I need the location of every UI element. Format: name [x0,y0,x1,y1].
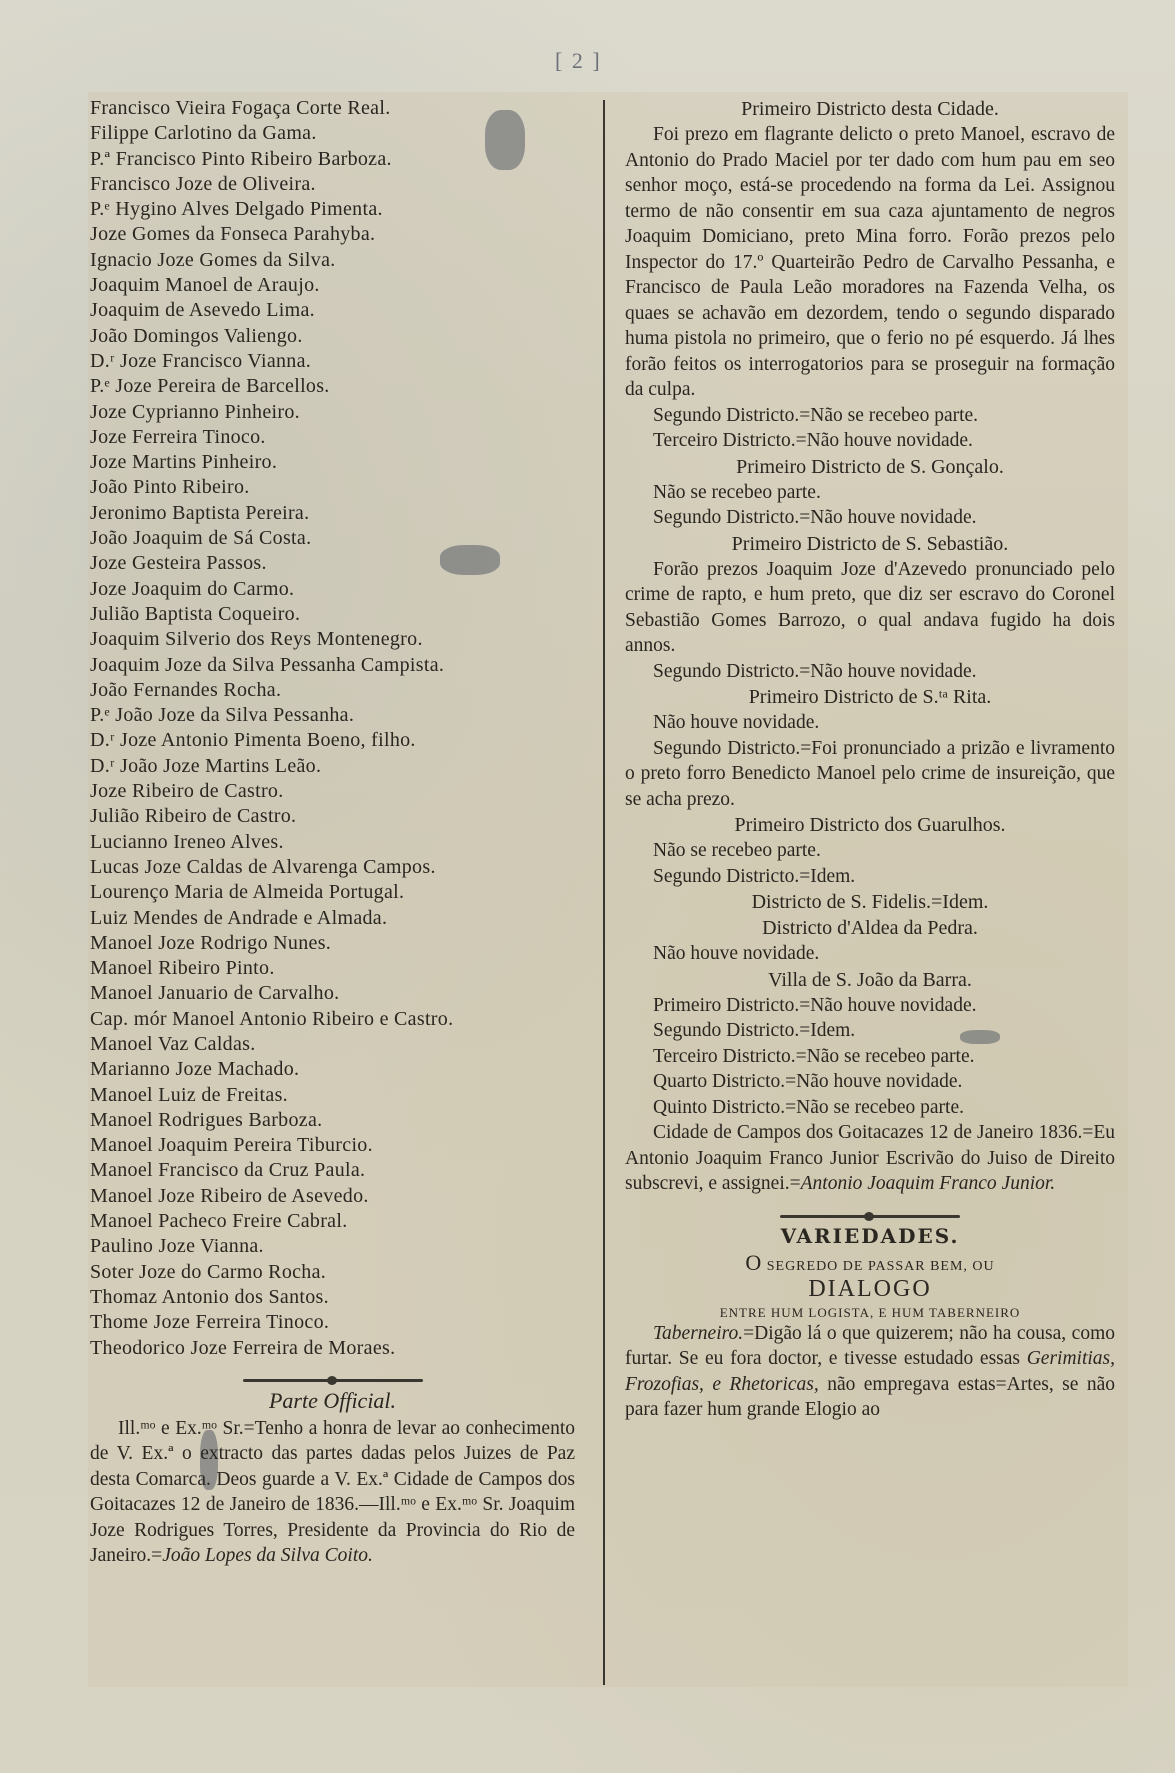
variedades-subtitle: O SEGREDO DE PASSAR BEM, OU [625,1250,1115,1276]
dialog-speaker: Taberneiro. [653,1323,743,1344]
name-list-item: João Joaquim de Sá Costa. [90,526,575,551]
district-entry: Segundo Districto.=Não se recebeo parte. [625,403,1115,429]
district-heading-sebastiao: Primeiro Districto de S. Sebastião. [625,531,1115,557]
name-list-item: Manoel Pacheco Freire Cabral. [90,1209,575,1234]
district-entry: Quinto Districto.=Não se recebeo parte. [625,1095,1115,1121]
name-list-item: Filippe Carlotino da Gama. [90,121,575,146]
name-list-item: Luiz Mendes de Andrade e Almada. [90,906,575,931]
district-entry: Segundo Districto.=Não houve novidade. [625,505,1115,531]
district-heading-fidelis: Districto de S. Fidelis.=Idem. [625,889,1115,915]
parte-official-heading: Parte Official. [90,1388,575,1414]
district-entry: Segundo Districto.=Não houve novidade. [625,659,1115,685]
name-list-item: Ignacio Joze Gomes da Silva. [90,248,575,273]
entries-barra: Primeiro Districto.=Não houve novidade.S… [625,993,1115,1121]
name-list-item: Marianno Joze Machado. [90,1057,575,1082]
name-list-item: Joze Ferreira Tinoco. [90,425,575,450]
dialog-text: Taberneiro.=Digão lá o que quizerem; não… [625,1321,1115,1423]
district-entry: Não se recebeo parte. [625,838,1115,864]
page-number: [ 2 ] [555,48,602,74]
entries-goncalo: Não se recebeo parte.Segundo Districto.=… [625,480,1115,531]
right-column: Primeiro Districto desta Cidade. Foi pre… [625,96,1115,1423]
name-list-item: Joaquim Silverio dos Reys Montenegro. [90,627,575,652]
district-entry: Não houve novidade. [625,710,1115,736]
left-column: Francisco Vieira Fogaça Corte Real.Filip… [90,96,575,1569]
name-list-item: Paulino Joze Vianna. [90,1234,575,1259]
name-list-item: Joze Ribeiro de Castro. [90,779,575,804]
variedades-title: VARIEDADES. [625,1224,1115,1248]
name-list-item: Thome Joze Ferreira Tinoco. [90,1310,575,1335]
entries-cidade: Segundo Districto.=Não se recebeo parte.… [625,403,1115,454]
entries-rita: Não houve novidade. [625,710,1115,736]
name-list-item: Joaquim Manoel de Araujo. [90,273,575,298]
name-list-item: Manoel Luiz de Freitas. [90,1083,575,1108]
entries-guarulhos: Não se recebeo parte.Segundo Districto.=… [625,838,1115,889]
district-entry: Não se recebeo parte. [625,480,1115,506]
name-list-item: Lucas Joze Caldas de Alvarenga Campos. [90,855,575,880]
district-entry: Segundo Districto.=Idem. [625,864,1115,890]
district-heading-guarulhos: Primeiro Districto dos Guarulhos. [625,812,1115,838]
district-entry: Terceiro Districto.=Não houve novidade. [625,428,1115,454]
name-list-item: Manoel Vaz Caldas. [90,1032,575,1057]
district-heading-cidade: Primeiro Districto desta Cidade. [625,96,1115,122]
district-heading-rita: Primeiro Districto de S.ᵗᵃ Rita. [625,684,1115,710]
name-list-item: Soter Joze do Carmo Rocha. [90,1260,575,1285]
closing-signature: Antonio Joaquim Franco Junior. [801,1173,1056,1194]
parte-official-body: Ill.ᵐᵒ e Ex.ᵐᵒ Sr.=Tenho a honra de leva… [90,1416,575,1569]
district-heading-barra: Villa de S. João da Barra. [625,967,1115,993]
name-list-item: Julião Baptista Coqueiro. [90,602,575,627]
name-list-item: D.ʳ João Joze Martins Leão. [90,754,575,779]
name-list-item: João Pinto Ribeiro. [90,475,575,500]
name-list-item: Joaquim de Asevedo Lima. [90,298,575,323]
newspaper-page: [ 2 ] Francisco Vieira Fogaça Corte Real… [0,0,1175,1773]
name-list-item: Manoel Rodrigues Barboza. [90,1108,575,1133]
entries-sebastiao: Segundo Districto.=Não houve novidade. [625,659,1115,685]
name-list-item: João Fernandes Rocha. [90,678,575,703]
parte-official-signature: João Lopes da Silva Coito. [162,1545,373,1566]
name-list-item: P.ᵉ João Joze da Silva Pessanha. [90,703,575,728]
entries-aldea: Não houve novidade. [625,941,1115,967]
name-list-item: P.ª Francisco Pinto Ribeiro Barboza. [90,147,575,172]
name-list: Francisco Vieira Fogaça Corte Real.Filip… [90,96,575,1361]
subtitle-text: SEGREDO DE PASSAR BEM, OU [767,1259,995,1274]
name-list-item: Julião Ribeiro de Castro. [90,804,575,829]
name-list-item: Manoel Joze Rodrigo Nunes. [90,931,575,956]
district-entry: Segundo Districto.=Idem. [625,1018,1115,1044]
variedades-between: ENTRE HUM LOGISTA, E HUM TABERNEIRO [625,1305,1115,1321]
name-list-item: Theodorico Joze Ferreira de Moraes. [90,1336,575,1361]
name-list-item: Joaquim Joze da Silva Pessanha Campista. [90,653,575,678]
name-list-item: D.ʳ Joze Antonio Pimenta Boeno, filho. [90,728,575,753]
name-list-item: Manoel Januario de Carvalho. [90,981,575,1006]
name-list-item: Joze Martins Pinheiro. [90,450,575,475]
name-list-item: Lourenço Maria de Almeida Portugal. [90,880,575,905]
district-entry: Primeiro Districto.=Não houve novidade. [625,993,1115,1019]
name-list-item: Francisco Vieira Fogaça Corte Real. [90,96,575,121]
subtitle-initial: O [745,1250,762,1275]
name-list-item: P.ᵉ Joze Pereira de Barcellos. [90,374,575,399]
name-list-item: Manoel Joze Ribeiro de Asevedo. [90,1184,575,1209]
name-list-item: D.ʳ Joze Francisco Vianna. [90,349,575,374]
name-list-item: Manoel Ribeiro Pinto. [90,956,575,981]
name-list-item: Lucianno Ireneo Alves. [90,830,575,855]
name-list-item: Joze Gesteira Passos. [90,551,575,576]
name-list-item: Joze Gomes da Fonseca Parahyba. [90,222,575,247]
name-list-item: Francisco Joze de Oliveira. [90,172,575,197]
column-divider [603,100,605,1685]
variedades-dialog: DIALOGO [625,1276,1115,1303]
report-sebastiao: Forão prezos Joaquim Joze d'Azevedo pron… [625,557,1115,659]
report-rita: Segundo Districto.=Foi pronunciado a pri… [625,736,1115,813]
report-cidade: Foi prezo em flagrante delicto o preto M… [625,122,1115,403]
name-list-item: Jeronimo Baptista Pereira. [90,501,575,526]
name-list-item: Manoel Joaquim Pereira Tiburcio. [90,1133,575,1158]
district-heading-goncalo: Primeiro Districto de S. Gonçalo. [625,454,1115,480]
name-list-item: P.ᵉ Hygino Alves Delgado Pimenta. [90,197,575,222]
name-list-item: Thomaz Antonio dos Santos. [90,1285,575,1310]
name-list-item: João Domingos Valiengo. [90,324,575,349]
name-list-item: Cap. mór Manoel Antonio Ribeiro e Castro… [90,1007,575,1032]
district-entry: Quarto Districto.=Não houve novidade. [625,1069,1115,1095]
name-list-item: Joze Cyprianno Pinheiro. [90,400,575,425]
district-heading-aldea: Districto d'Aldea da Pedra. [625,915,1115,941]
closing-statement: Cidade de Campos dos Goitacazes 12 de Ja… [625,1120,1115,1197]
district-entry: Terceiro Districto.=Não se recebeo parte… [625,1044,1115,1070]
ornament-rule [243,1379,423,1382]
name-list-item: Joze Joaquim do Carmo. [90,577,575,602]
district-entry: Não houve novidade. [625,941,1115,967]
name-list-item: Manoel Francisco da Cruz Paula. [90,1158,575,1183]
ornament-rule [780,1215,960,1218]
